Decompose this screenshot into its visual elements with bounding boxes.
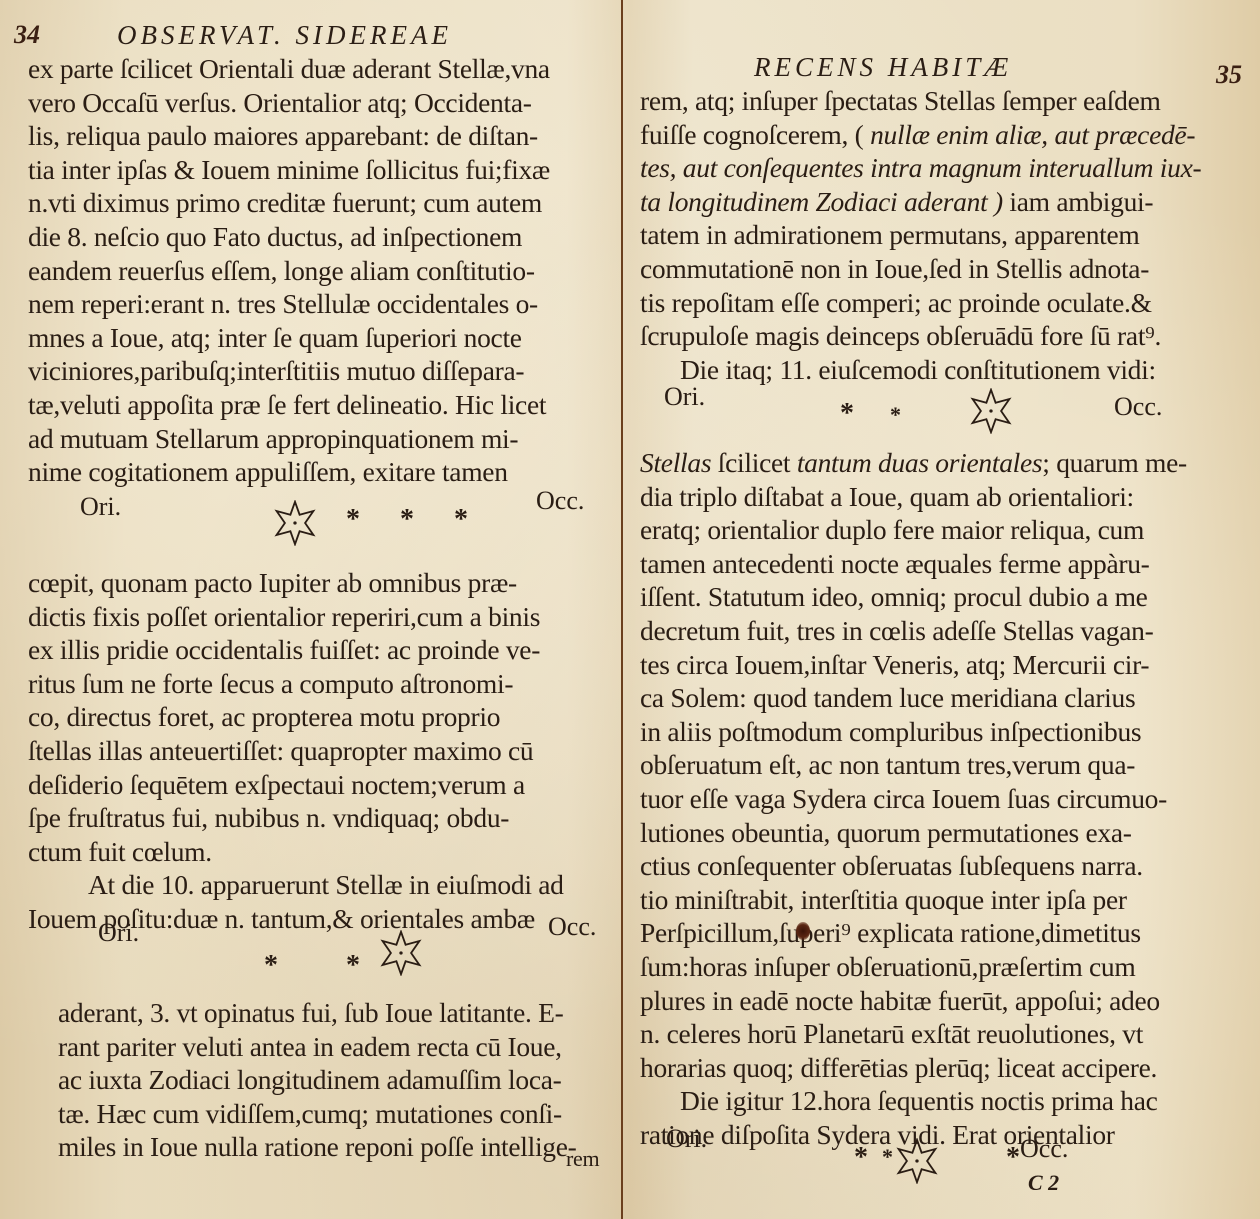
text-line: ſum:horas inſuper obſeruationū,præſertim… — [640, 950, 1187, 984]
text-line: horarias quoq; differētias plerūq; licea… — [640, 1051, 1187, 1085]
west-label: Occ. — [548, 912, 596, 942]
text-line: tamen antecedenti nocte æquales ferme ap… — [640, 547, 1187, 581]
jupiter-icon — [894, 1138, 940, 1184]
text-line: ex parte ſcilicet Orientali duæ aderant … — [28, 52, 550, 86]
ink-stain — [796, 922, 810, 940]
text-line: ta longitudinem Zodiaci aderant ) iam am… — [640, 185, 1201, 219]
running-head-left: OBSERVAT. SIDEREAE — [117, 20, 452, 51]
jupiter-diagram-day-8: Ori. Occ. * * * — [0, 492, 620, 568]
text-line: ſcrupuloſe magis deinceps obſeruādū fore… — [640, 319, 1201, 353]
small-star-icon: * — [882, 1146, 893, 1168]
text-line: ac iuxta Zodiaci longitudinem adamuſſim … — [58, 1063, 577, 1097]
text-line: aderant, 3. vt opinatus fui, ſub Ioue la… — [58, 996, 577, 1030]
star-icon: * — [854, 1144, 868, 1172]
text-line: lis, reliqua paulo maiores apparebant: d… — [28, 119, 550, 153]
text-line: Die igitur 12.hora ſequentis noctis prim… — [640, 1084, 1187, 1118]
west-label: Occ. — [536, 486, 584, 516]
text-line: eratq; orientalior duplo fere maior reli… — [640, 513, 1187, 547]
left-text-block-1: ex parte ſcilicet Orientali duæ aderant … — [28, 52, 550, 489]
right-text-block-2: Stellas ſcilicet tantum duas orientales;… — [640, 446, 1187, 1151]
west-label: Occ. — [1114, 392, 1162, 422]
text-line: decretum fuit, tres in cœlis adeſſe Stel… — [640, 614, 1187, 648]
text-line: deſiderio ſequētem exſpectaui noctem;ver… — [28, 768, 564, 802]
text-line: tia inter ipſas & Iouem minime ſollicitu… — [28, 153, 550, 187]
east-label: Ori. — [80, 492, 121, 522]
text-line: ex illis pridie occidentalis fuiſſet: ac… — [28, 633, 564, 667]
text-line: nem reperi:erant n. tres Stellulæ occide… — [28, 287, 550, 321]
east-label: Ori. — [98, 918, 139, 948]
left-text-block-3: aderant, 3. vt opinatus fui, ſub Ioue la… — [58, 996, 577, 1164]
text-line: fuiſſe cognoſcerem, ( nullæ enim aliæ, a… — [640, 118, 1201, 152]
east-label: Ori. — [664, 382, 705, 412]
star-icon: * — [1006, 1144, 1020, 1172]
text-line: nime cogitationem appuliſſem, exitare ta… — [28, 455, 550, 489]
small-star-icon: * — [890, 404, 901, 426]
book-spread: 34 OBSERVAT. SIDEREAE ex parte ſcilicet … — [0, 0, 1260, 1219]
jupiter-icon — [272, 500, 318, 546]
text-line: rant pariter veluti antea in eadem recta… — [58, 1030, 577, 1064]
text-line: n. celeres horū Planetarū exſtāt reuolut… — [640, 1017, 1187, 1051]
text-line: ctum fuit cœlum. — [28, 835, 564, 869]
catchword: rem — [566, 1142, 599, 1176]
jupiter-diagram-day-10: Ori. Occ. * * — [0, 918, 620, 994]
left-text-block-2: cœpit, quonam pacto Iupiter ab omnibus p… — [28, 566, 564, 936]
jupiter-diagram-day-12: Ori. Occ. * * * — [624, 1124, 1260, 1200]
text-line: iſſent. Statutum ideo, omniq; procul dub… — [640, 580, 1187, 614]
text-line: eandem reuerſus eſſem, longe aliam conſt… — [28, 254, 550, 288]
jupiter-icon — [378, 930, 424, 976]
text-line: mnes a Ioue, atq; inter ſe quam ſuperior… — [28, 321, 550, 355]
text-line: tes, aut conſequentes intra magnum inter… — [640, 151, 1201, 185]
text-line: ad mutuam Stellarum appropinquationem mi… — [28, 422, 550, 456]
text-line: ca Solem: quod tandem luce meridiana cla… — [640, 681, 1187, 715]
text-line: tio miniſtrabit, interſtitia quoque inte… — [640, 883, 1187, 917]
text-line: Perſpicillum,ſuperi⁹ explicata ratione,d… — [640, 916, 1187, 950]
text-line: tatem in admirationem permutans, apparen… — [640, 218, 1201, 252]
text-line: die 8. neſcio quo Fato ductus, ad inſpec… — [28, 220, 550, 254]
text-line: tæ. Hæc cum vidiſſem,cumq; mutationes co… — [58, 1097, 577, 1131]
star-icon: * — [346, 506, 360, 534]
page-number-left: 34 — [14, 20, 40, 50]
text-line: n.vti diximus primo creditæ fuerunt; cum… — [28, 186, 550, 220]
text-line: co, directus foret, ac propterea motu pr… — [28, 700, 564, 734]
text-line: in aliis poſtmodum compluribus inſpectio… — [640, 715, 1187, 749]
running-head-right: RECENS HABITÆ — [754, 52, 1012, 83]
gutter-line — [621, 0, 623, 1219]
text-line: tes circa Iouem,inſtar Veneris, atq; Mer… — [640, 648, 1187, 682]
star-icon: * — [346, 952, 360, 980]
text-line: vero Occaſū verſus. Orientalior atq; Occ… — [28, 86, 550, 120]
text-line: viciniores,paribuſq;interſtitiis mutuo d… — [28, 354, 550, 388]
text-line: lutiones obeuntia, quorum permutationes … — [640, 816, 1187, 850]
text-line: At die 10. apparuerunt Stellæ in eiuſmod… — [28, 868, 564, 902]
text-line: ſpe fruſtratus fui, nubibus n. vndiquaq;… — [28, 801, 564, 835]
jupiter-icon — [968, 388, 1014, 434]
right-text-block-1: rem, atq; inſuper ſpectatas Stellas ſemp… — [640, 84, 1201, 386]
text-line: tis repoſitam eſſe comperi; ac proinde o… — [640, 286, 1201, 320]
text-line: ctius conſequenter obſeruatas ſubſequens… — [640, 849, 1187, 883]
text-line: rem, atq; inſuper ſpectatas Stellas ſemp… — [640, 84, 1201, 118]
text-line: tæ,veluti appoſita præ ſe fert delineati… — [28, 388, 550, 422]
left-page: 34 OBSERVAT. SIDEREAE ex parte ſcilicet … — [0, 0, 620, 1219]
text-line: dia triplo diſtabat a Ioue, quam ab orie… — [640, 480, 1187, 514]
text-line: cœpit, quonam pacto Iupiter ab omnibus p… — [28, 566, 564, 600]
text-line: obſeruatum eſt, ac non tantum tres,verum… — [640, 748, 1187, 782]
page-number-right: 35 — [1216, 60, 1242, 90]
text-line: tuor eſſe vaga Sydera circa Iouem ſuas c… — [640, 782, 1187, 816]
text-line: dictis fixis poſſet orientalior reperiri… — [28, 600, 564, 634]
text-line: plures in eadē nocte habitæ fuerūt, appo… — [640, 984, 1187, 1018]
text-line: commutationē non in Ioue,ſed in Stellis … — [640, 252, 1201, 286]
west-label: Occ. — [1020, 1134, 1068, 1164]
text-line: ritus ſum ne forte ſecus a computo aſtro… — [28, 667, 564, 701]
right-page: RECENS HABITÆ 35 rem, atq; inſuper ſpect… — [624, 0, 1260, 1219]
signature-mark: C 2 — [1028, 1170, 1059, 1196]
star-icon: * — [840, 400, 854, 428]
star-icon: * — [264, 952, 278, 980]
east-label: Ori. — [666, 1124, 707, 1154]
star-icon: * — [454, 506, 468, 534]
star-icon: * — [400, 506, 414, 534]
text-line: miles in Ioue nulla ratione reponi poſſe… — [58, 1130, 577, 1164]
text-line: ſtellas illas anteuertiſſet: quapropter … — [28, 734, 564, 768]
text-line: Stellas ſcilicet tantum duas orientales;… — [640, 446, 1187, 480]
